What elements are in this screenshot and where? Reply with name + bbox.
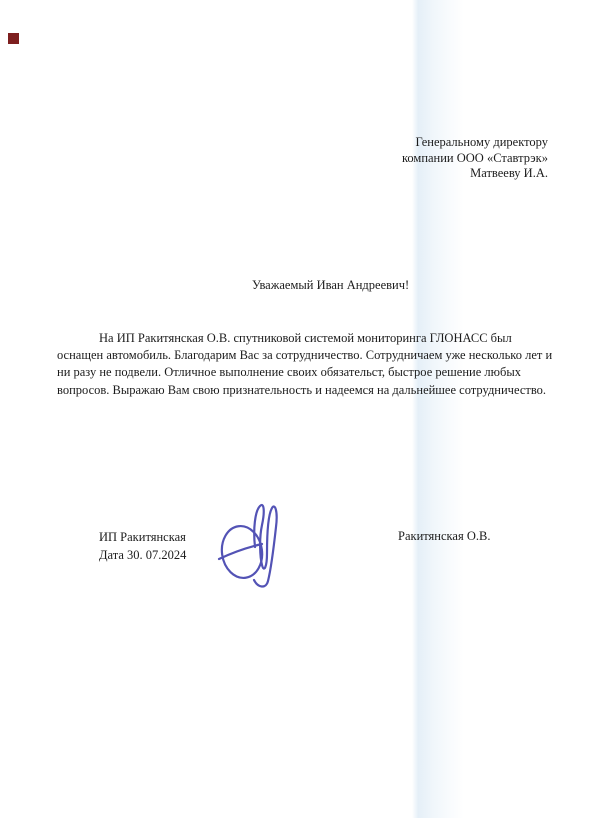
body-line: ни разу не подвели. Отличное выполнение … xyxy=(57,364,545,381)
signer-name-line: ИП Ракитянская xyxy=(99,529,186,547)
signature-date-line: Дата 30. 07.2024 xyxy=(99,547,186,565)
letter-page: Генеральному директору компании ООО «Ста… xyxy=(0,0,595,818)
body-line: оснащен автомобиль. Благодарим Вас за со… xyxy=(57,347,545,364)
red-square-marker-fill xyxy=(8,33,19,44)
signer-block: ИП Ракитянская Дата 30. 07.2024 xyxy=(99,529,186,564)
scan-stripe-artifact xyxy=(412,0,464,818)
signature-printed-name: Ракитянская О.В. xyxy=(398,529,490,544)
recipient-line: Матвееву И.А. xyxy=(402,166,548,182)
body-line: На ИП Ракитянская О.В. спутниковой систе… xyxy=(57,330,545,347)
handwritten-signature-ink xyxy=(205,495,295,595)
recipient-block: Генеральному директору компании ООО «Ста… xyxy=(402,135,548,182)
signature-strokes xyxy=(219,505,277,586)
salutation: Уважаемый Иван Андреевич! xyxy=(252,278,409,293)
recipient-line: компании ООО «Ставтрэк» xyxy=(402,151,548,167)
signature-oval-loop xyxy=(219,523,266,580)
letter-body: На ИП Ракитянская О.В. спутниковой систе… xyxy=(57,330,545,399)
recipient-line: Генеральному директору xyxy=(402,135,548,151)
body-line: вопросов. Выражаю Вам свою признательнос… xyxy=(57,382,545,399)
red-square-marker xyxy=(8,33,19,44)
